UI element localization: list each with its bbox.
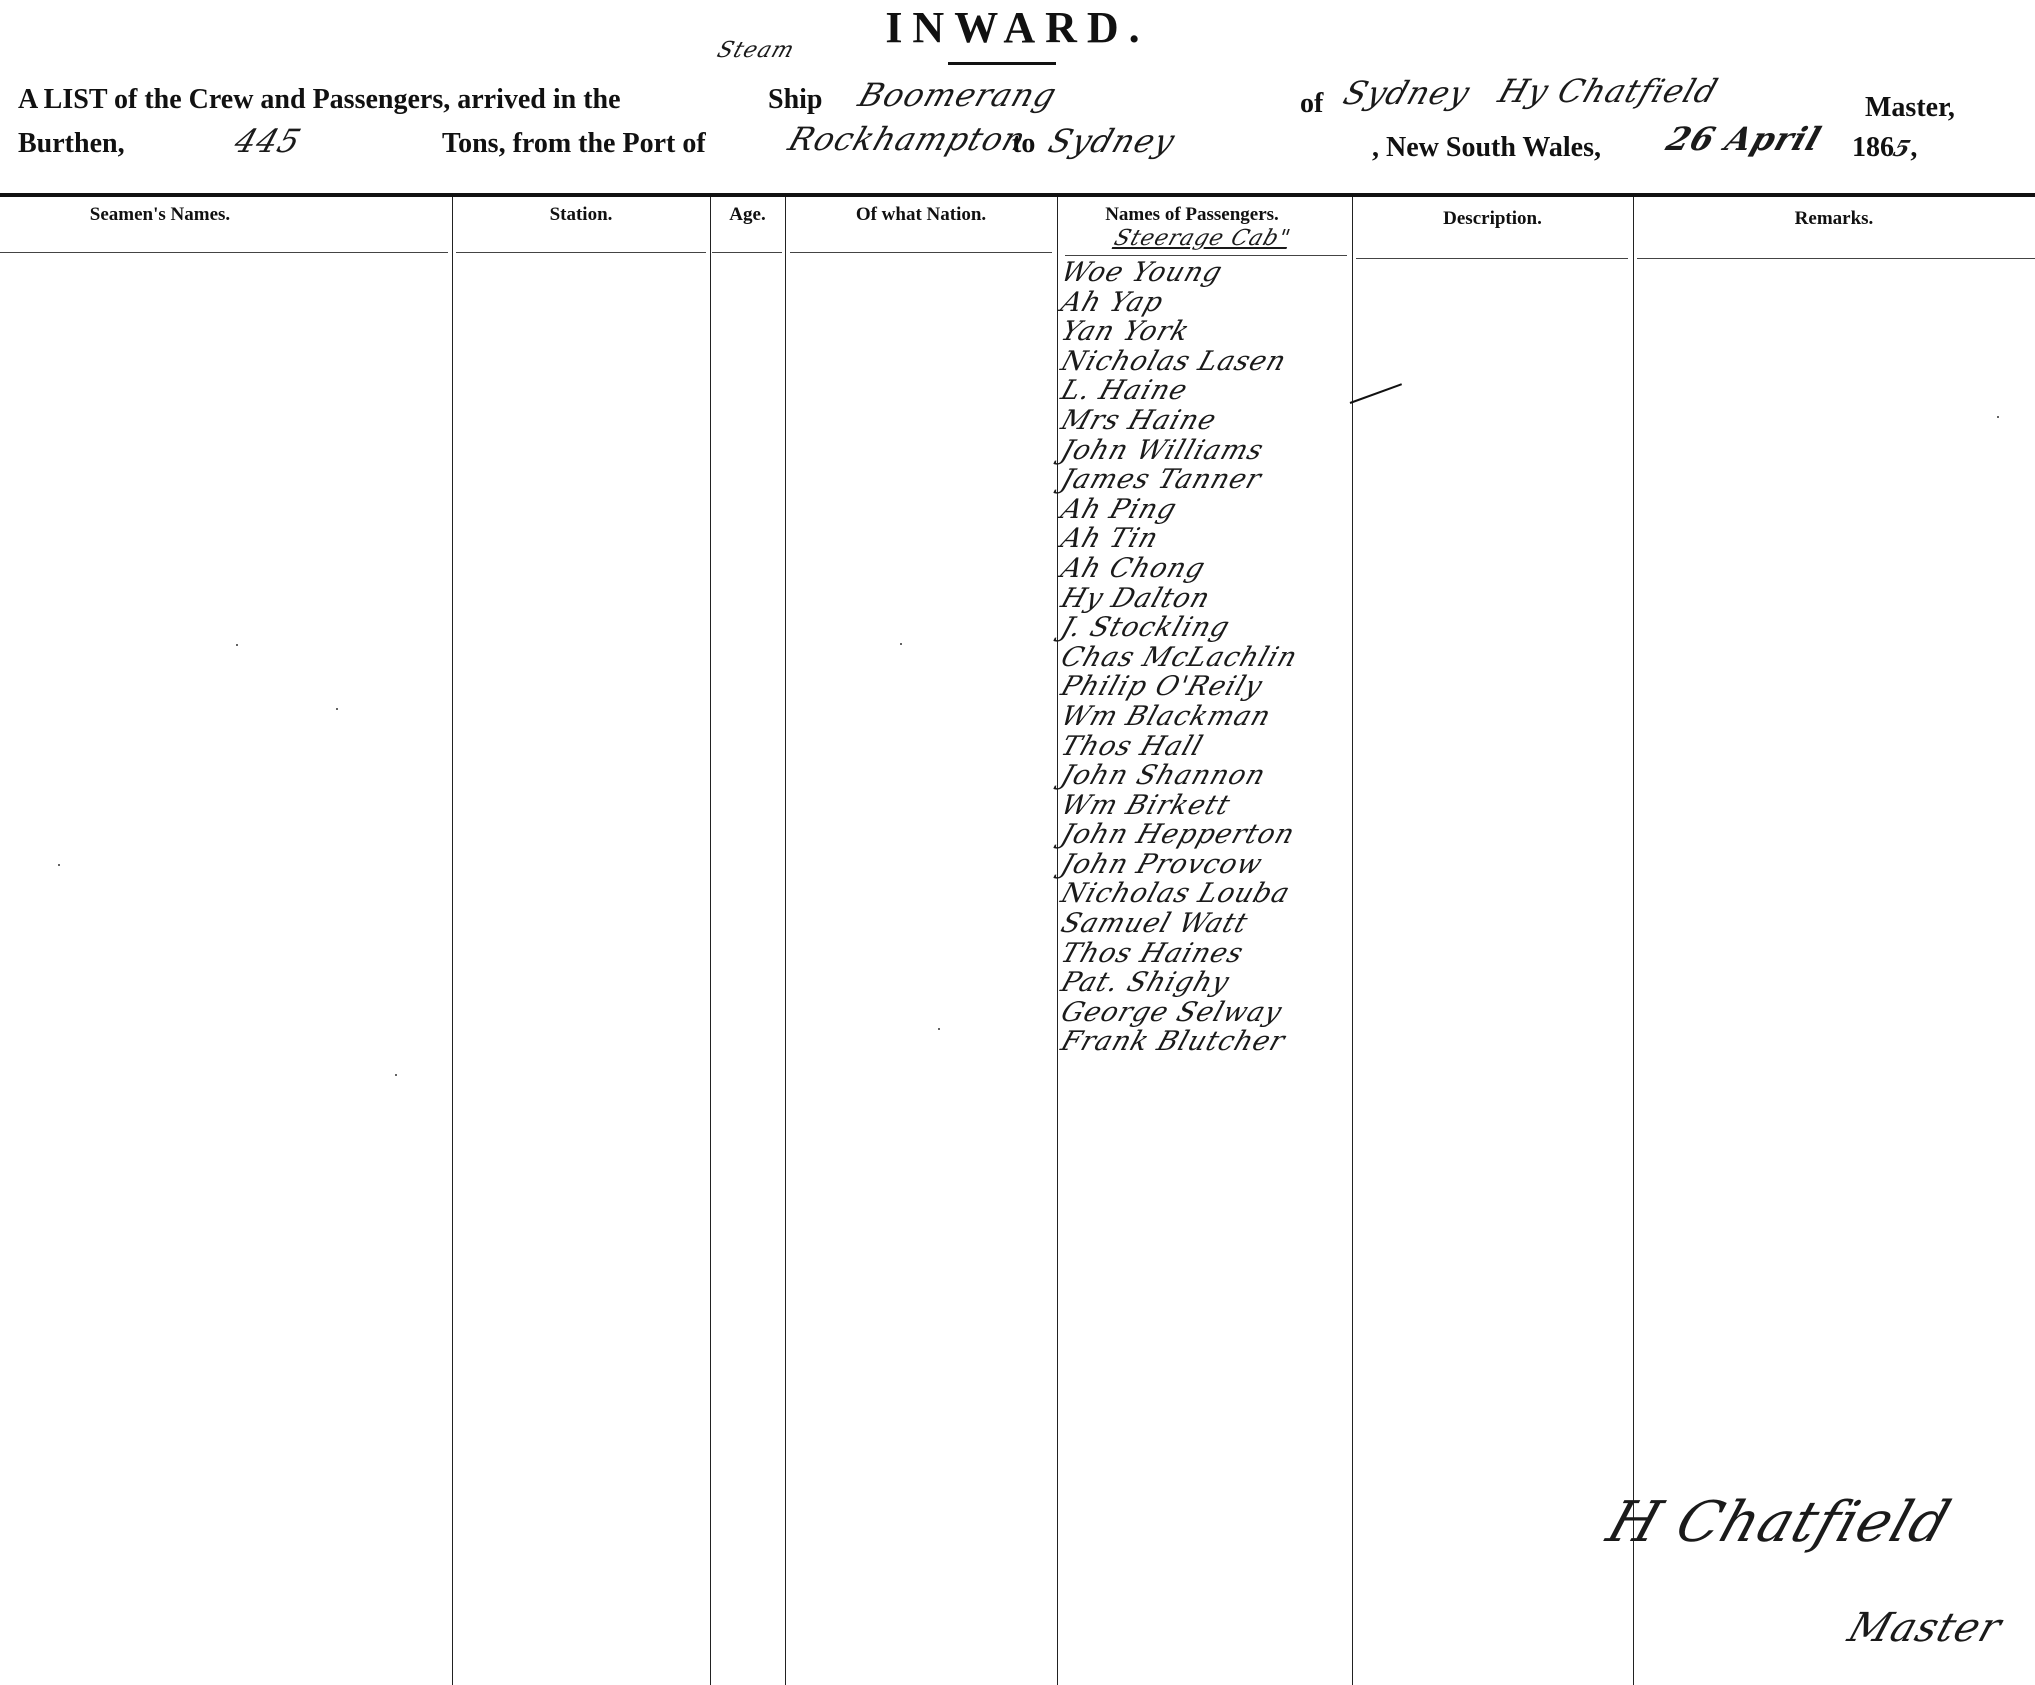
passenger-entry: L. Haine bbox=[1057, 376, 1367, 406]
nsw-label: , New South Wales, bbox=[1372, 132, 1601, 164]
passenger-entry: Nicholas Lasen bbox=[1057, 347, 1367, 377]
column-header-seamens-names: Seamen's Names. bbox=[0, 204, 320, 226]
scan-speck bbox=[900, 643, 902, 645]
column-divider bbox=[710, 197, 711, 1685]
header-underline bbox=[1637, 258, 2035, 259]
passenger-entry: John Shannon bbox=[1057, 761, 1367, 791]
passenger-entry: Hy Dalton bbox=[1057, 584, 1367, 614]
scan-speck bbox=[395, 1074, 397, 1076]
passenger-entry: James Tanner bbox=[1057, 465, 1367, 495]
ship-name: Boomerang bbox=[854, 76, 1062, 114]
master-name: Hy Chatfield bbox=[1494, 72, 1723, 110]
passenger-entry: Samuel Watt bbox=[1057, 909, 1367, 939]
passenger-entry: Nicholas Louba bbox=[1057, 879, 1367, 909]
passenger-list: Woe Young Ah Yap Yan York Nicholas Lasen… bbox=[1062, 258, 1362, 1057]
header-underline bbox=[1065, 255, 1347, 256]
column-header-age: Age. bbox=[710, 204, 785, 226]
list-intro-text: A LIST of the Crew and Passengers, arriv… bbox=[18, 84, 621, 116]
header-underline bbox=[456, 252, 706, 253]
column-divider bbox=[452, 197, 453, 1685]
burthen-value: 445 bbox=[230, 122, 306, 160]
header-underline bbox=[790, 252, 1052, 253]
passenger-entry: Ah Tin bbox=[1057, 524, 1367, 554]
scan-speck bbox=[938, 1028, 940, 1030]
burthen-label: Burthen, bbox=[18, 128, 125, 160]
passenger-entry: Chas McLachlin bbox=[1057, 643, 1367, 673]
tons-from-port-label: Tons, from the Port of bbox=[442, 128, 706, 160]
column-divider bbox=[1057, 197, 1058, 1685]
port-of-registry: Sydney bbox=[1339, 74, 1475, 112]
master-signature: H Chatfield bbox=[1599, 1490, 1958, 1555]
date-written: 26 April bbox=[1662, 120, 1826, 158]
passenger-entry: Frank Blutcher bbox=[1057, 1027, 1367, 1057]
passenger-entry: Wm Blackman bbox=[1057, 702, 1367, 732]
scan-speck bbox=[336, 708, 338, 710]
passenger-entry: Mrs Haine bbox=[1057, 406, 1367, 436]
to-label: to bbox=[1012, 128, 1035, 160]
passenger-entry: Ah Ping bbox=[1057, 495, 1367, 525]
header-underline bbox=[1356, 258, 1628, 259]
from-port: Rockhampton bbox=[784, 120, 1031, 158]
passenger-entry: Thos Haines bbox=[1057, 939, 1367, 969]
passenger-entry: John Provcow bbox=[1057, 850, 1367, 880]
passenger-entry: Ah Chong bbox=[1057, 554, 1367, 584]
master-label: Master, bbox=[1865, 92, 1955, 124]
header-underline bbox=[712, 252, 782, 253]
column-header-description: Description. bbox=[1352, 208, 1633, 230]
passenger-entry: John Williams bbox=[1057, 436, 1367, 466]
passenger-entry: Yan York bbox=[1057, 317, 1367, 347]
passenger-entry: Pat. Shighy bbox=[1057, 968, 1367, 998]
document-title: INWARD. bbox=[0, 2, 2035, 53]
passenger-entry: Woe Young bbox=[1057, 258, 1367, 288]
header-rule bbox=[0, 193, 2035, 197]
passenger-entry: Ah Yap bbox=[1057, 288, 1367, 318]
column-header-remarks: Remarks. bbox=[1633, 208, 2035, 230]
column-header-passengers: Names of Passengers. bbox=[1062, 204, 1322, 226]
to-port: Sydney bbox=[1044, 122, 1180, 160]
column-divider bbox=[785, 197, 786, 1685]
year-printed: 186 bbox=[1852, 132, 1894, 163]
title-underline bbox=[948, 62, 1056, 65]
scan-speck bbox=[1997, 416, 1999, 418]
passenger-class-subheading: Steerage Cab" bbox=[1111, 226, 1294, 251]
vessel-type-insert: Steam bbox=[714, 38, 798, 63]
column-divider bbox=[1633, 197, 1634, 1685]
ship-label: Ship bbox=[768, 84, 823, 116]
passenger-entry: Thos Hall bbox=[1057, 732, 1367, 762]
passenger-entry: Philip O'Reily bbox=[1057, 672, 1367, 702]
column-header-nation: Of what Nation. bbox=[785, 204, 1057, 226]
header-underline bbox=[0, 252, 448, 253]
passenger-entry: John Hepperton bbox=[1057, 820, 1367, 850]
passenger-entry: J. Stockling bbox=[1057, 613, 1367, 643]
passenger-entry: George Selway bbox=[1057, 998, 1367, 1028]
scan-speck bbox=[58, 864, 60, 866]
column-header-station: Station. bbox=[452, 204, 710, 226]
scan-speck bbox=[236, 644, 238, 646]
of-label: of bbox=[1300, 88, 1323, 120]
passenger-entry: Wm Birkett bbox=[1057, 791, 1367, 821]
master-signature-title: Master bbox=[1843, 1605, 2008, 1651]
